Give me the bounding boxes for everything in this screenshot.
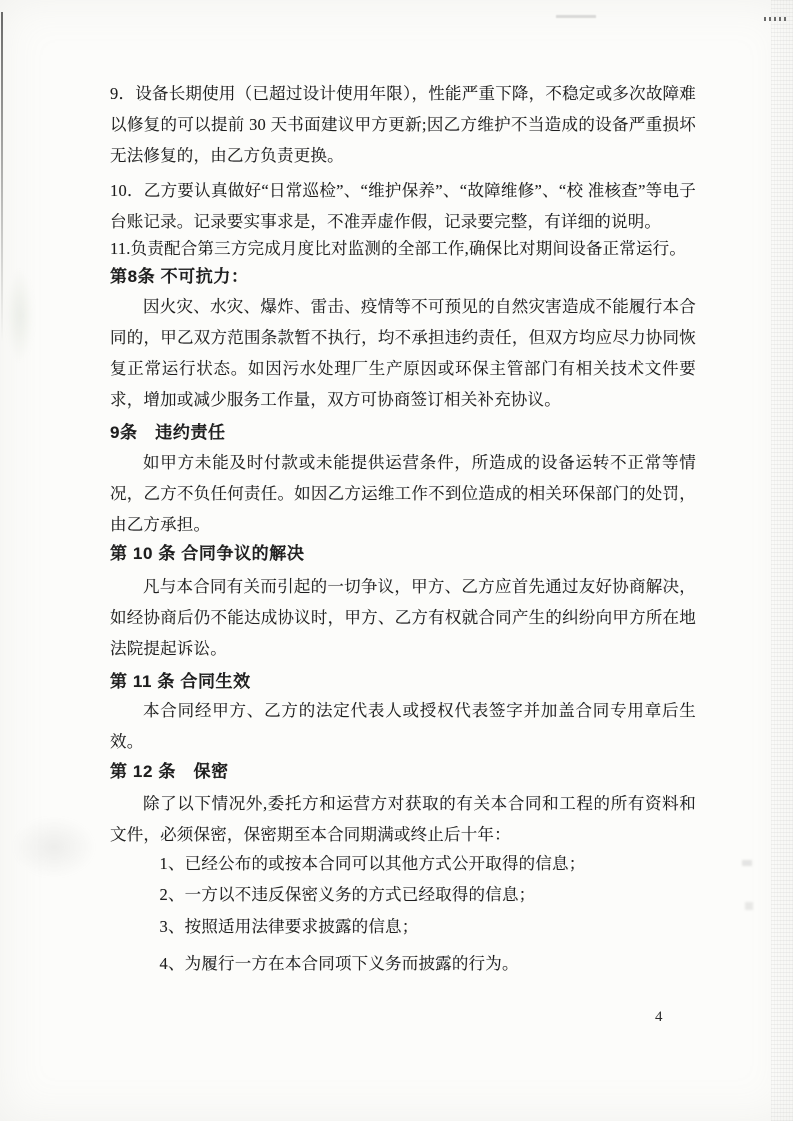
article-9-body: 如甲方未能及时付款或未能提供运营条件，所造成的设备运转不正常等情况，乙方不负任何… [110, 447, 696, 540]
clause-item-11: 11.负责配合第三方完成月度比对监测的全部工作,确保比对期间设备正常运行。 [110, 233, 696, 264]
page-number: 4 [655, 1009, 663, 1026]
scan-artifact-left-edge-line [1, 12, 3, 342]
article-8-heading: 第8条 不可抗力： [110, 261, 696, 292]
confidentiality-exception-4: 4、为履行一方在本合同项下义务而披露的行为。 [110, 948, 696, 979]
confidentiality-exception-3: 3、按照适用法律要求披露的信息； [110, 911, 696, 942]
scan-artifact-top-dash [556, 15, 596, 18]
scan-artifact-speck-right-2 [745, 902, 753, 910]
article-11-body: 本合同经甲方、乙方的法定代表人或授权代表签字并加盖合同专用章后生效。 [110, 695, 696, 757]
scan-artifact-corner-marks [764, 17, 788, 21]
scan-artifact-speck-right-1 [742, 860, 752, 866]
article-8-body: 因火灾、水灾、爆炸、雷击、疫情等不可预见的自然灾害造成不能履行本合同的，甲乙双方… [110, 291, 696, 415]
scan-artifact-right-edge-noise [771, 0, 793, 1121]
clause-item-9: 9．设备长期使用（已超过设计使用年限），性能严重下降，不稳定或多次故障难以修复的… [110, 78, 696, 171]
article-12-heading: 第 12 条 保密 [110, 756, 696, 787]
article-9-heading: 9条 违约责任 [110, 417, 696, 448]
clause-item-10: 10．乙方要认真做好“日常巡检”、“维护保养”、“故障维修”、“校 准核查”等电… [110, 175, 696, 237]
article-12-body: 除了以下情况外,委托方和运营方对获取的有关本合同和工程的所有资料和文件，必须保密… [110, 788, 696, 850]
article-10-body: 凡与本合同有关而引起的一切争议，甲方、乙方应首先通过友好协商解决，如经协商后仍不… [110, 571, 696, 664]
confidentiality-exception-2: 2、一方以不违反保密义务的方式已经取得的信息； [110, 879, 696, 910]
scan-artifact-smudge-left-upper [6, 268, 34, 363]
scanned-contract-page: 9．设备长期使用（已超过设计使用年限），性能严重下降，不稳定或多次故障难以修复的… [0, 0, 793, 1121]
article-10-heading: 第 10 条 合同争议的解决 [110, 538, 696, 569]
article-11-heading: 第 11 条 合同生效 [110, 666, 696, 697]
scan-artifact-smudge-left-lower [12, 816, 96, 878]
confidentiality-exception-1: 1、已经公布的或按本合同可以其他方式公开取得的信息； [110, 848, 696, 879]
